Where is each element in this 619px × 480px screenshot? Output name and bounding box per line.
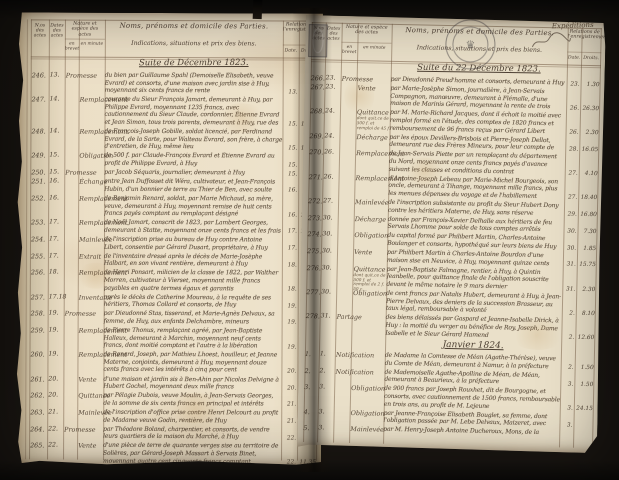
entry-rday: 31.	[563, 262, 576, 268]
header-numbers: N.os des actes	[31, 23, 49, 39]
entry-num: 267.	[310, 83, 323, 91]
entry-text: de Madame la Comtesse de Méan (Agathe-Th…	[385, 352, 561, 371]
entry-num: 248.	[31, 128, 47, 136]
header-indications: Indications, situations et prix des bien…	[105, 41, 283, 49]
left-column-headers: N.os des actes Dates des actes Nature et…	[31, 20, 319, 59]
entry-note: dont quit.ce de 500 f. et remploi de 45 …	[357, 116, 391, 131]
header-relation-droits: Droits.	[581, 56, 601, 62]
entry-num: 257.	[31, 293, 47, 301]
entry-day: 19.	[49, 326, 63, 333]
entry-num: 277.	[306, 288, 319, 296]
register-entry: 253.17.Remplacementde Noël Jamart, consc…	[30, 219, 318, 235]
entry-day: 31.	[321, 313, 335, 320]
entry-acte: Décharge	[355, 215, 387, 224]
entry-num: 268.	[310, 107, 323, 115]
entry-rday: 19.	[282, 303, 297, 309]
entry-rday: 15.	[282, 121, 297, 127]
header-sub-minute: en minute	[79, 43, 105, 48]
entry-droit: 11.35	[297, 460, 316, 464]
entry-rday: 29.	[564, 212, 577, 218]
left-section-title: Suite de Décembre 1823.	[105, 58, 283, 68]
register-entry: 255.17.Extraitde l'inventaire dressé apr…	[30, 252, 318, 268]
entry-text: du capital formé par Philibert Martin, C…	[387, 232, 563, 251]
entry-text: de Noël Jamart, conscrit de 1823, par La…	[104, 219, 282, 235]
entry-day: 20.	[48, 375, 62, 382]
register-entry: 248.14.Remplacementde François-Joseph Go…	[30, 128, 318, 152]
entry-day: 17.	[49, 252, 63, 259]
entry-droit: 26.30	[580, 106, 599, 112]
entry-day: 26.	[324, 149, 338, 156]
entry-rday: 19.	[282, 320, 297, 326]
register-entry: 263.21.Mainlevéede l'inscription d'offic…	[29, 408, 317, 424]
entry-text: par Jacob Séquaris, journalier, demeuran…	[104, 169, 282, 177]
header-parties: Noms, prénoms et domicile des Parties.	[105, 23, 283, 32]
entry-text: des biens délaissés par Gaspard et Jeann…	[385, 314, 561, 340]
entry-num: 1.	[305, 350, 318, 358]
entry-num: 253.	[31, 219, 47, 227]
entry-day: 20.	[48, 392, 62, 399]
header-dates: Dates des actes	[49, 23, 65, 38]
entry-num: 4.	[304, 408, 317, 416]
entry-text: donnée par François-Xavier Delhalle aux …	[388, 215, 564, 234]
entry-brevet: Partage	[337, 313, 362, 322]
entry-rday: 22.	[281, 435, 296, 441]
entry-rday: 30.	[563, 245, 576, 251]
entry-day: 24.	[324, 132, 338, 139]
entry-num: 256.	[31, 269, 47, 277]
entry-text: de l'inventaire dressé après le décès de…	[104, 252, 282, 268]
entry-acte: Vente	[78, 375, 96, 383]
binding-tie	[253, 0, 263, 19]
entry-num: 264.	[30, 425, 46, 433]
entry-acte: Décharge	[356, 133, 388, 142]
entry-droit: 24.15	[574, 406, 593, 412]
entry-rday: 15.	[282, 162, 297, 168]
entry-rday: 21.	[281, 419, 296, 425]
register-entry: 265.22.Vented'une pièce de terre de quar…	[29, 442, 317, 464]
entry-text: d'une maison et jardin sis à Ben-Ahin pa…	[103, 375, 281, 391]
header-nature: Nature et espèce des actes	[342, 25, 392, 37]
entry-text: de François-Joseph Gobille, soldat licen…	[104, 128, 282, 152]
entry-day: 30.	[323, 214, 337, 221]
entry-text: après le décès de Catherine Moureau, à l…	[104, 293, 282, 309]
entry-num: 252.	[31, 194, 47, 202]
register-entry: 262.20.Quittancepar Pélagie Dubois, veuv…	[29, 392, 317, 408]
entry-droit: 4.10	[579, 171, 598, 177]
header-sub-brevet: en brevet	[65, 43, 79, 53]
left-page: N.os des actes Dates des actes Nature et…	[15, 12, 323, 465]
entry-rday: 22.	[281, 460, 296, 464]
revenue-stamp-icon	[308, 24, 328, 57]
entry-num: 269.	[309, 132, 322, 140]
entry-text: de 900 francs par Joseph Rouxhet, dit de…	[384, 385, 560, 411]
scanned-register-photo: N.os des actes Dates des actes Nature et…	[0, 0, 619, 480]
entry-acte: Vente	[354, 248, 372, 256]
register-entry: 252.16.Remplacementde Benjamin Renard, s…	[30, 194, 318, 218]
entry-num: 265.	[30, 442, 46, 450]
entry-rday: 3.	[559, 422, 572, 428]
entry-rday: 16.	[282, 212, 297, 218]
entry-brevet: Notification	[335, 367, 373, 376]
entry-rday: 15.	[282, 145, 297, 151]
entry-day: 3.	[319, 408, 333, 415]
entry-acte: Obligation	[351, 385, 385, 394]
entry-num: 262.	[30, 392, 46, 400]
entry-day: 15.	[49, 152, 63, 159]
register-entry: 258.19.Promessepar Dieudonné Stas, tisse…	[30, 310, 318, 326]
month-heading: Janvier 1824.	[385, 339, 561, 353]
register-entry: 260.19.Remplacementde Renard, Joseph, pa…	[29, 351, 317, 375]
entry-num: 3.	[304, 384, 317, 392]
entry-rday: 30.	[563, 228, 576, 234]
header-nature: Nature et espèce des actes	[65, 22, 105, 38]
entry-num: 2.	[304, 367, 317, 375]
entry-rday: 13.	[283, 89, 298, 95]
entry-day: 16.	[49, 178, 63, 185]
header-sub-minute: en minute	[357, 46, 391, 52]
entry-acte: Extrait	[79, 252, 101, 260]
register-entry: 250.15.Promessepar Jacob Séquaris, journ…	[30, 169, 318, 178]
entry-droit: 12.60	[575, 335, 594, 341]
entry-rday: 17.	[282, 246, 297, 252]
entry-day: 27.	[323, 197, 337, 204]
entry-rday: 2.	[562, 310, 575, 316]
entry-text: par Pélagie Dubois, veuve Moulin, à Jean…	[103, 392, 281, 408]
header-dates: Dates des actes	[325, 26, 341, 42]
entry-rday: 18.	[282, 287, 297, 293]
entry-text: de l'inscription subsistante au profit d…	[388, 199, 564, 218]
entry-num: 246.	[32, 71, 48, 79]
entry-day: 23.	[325, 84, 339, 91]
rule-line	[25, 19, 28, 459]
entry-droit: 1.50	[574, 382, 593, 388]
entry-num: 247.	[32, 96, 48, 104]
entry-day: 21.	[48, 408, 62, 415]
entry-droit: 7.30	[577, 229, 596, 235]
entry-brevet: Notification	[336, 351, 374, 360]
entry-text: de Benjamin Renard, soldat, par Marie Mi…	[104, 195, 282, 219]
entry-text: de Renard, Joseph, par Mathieu Lhoest, h…	[103, 351, 281, 375]
entry-rday: 15.	[282, 171, 297, 177]
entry-day: 1.	[320, 350, 334, 357]
entry-num: 275.	[307, 247, 320, 255]
entry-num: 258.	[31, 310, 47, 318]
entry-num: 274.	[307, 230, 320, 238]
register-entry: 249.15.Obligationde 500 f. par Claude-Fr…	[30, 152, 318, 168]
entry-day: 3.	[319, 384, 333, 391]
register-entry: 259.19.Remplacementde Pierre Thonus, rem…	[30, 326, 318, 350]
entry-acte: Obligation	[354, 231, 388, 240]
entry-text: par M. Henry-Joseph Antoine Ducheroux, M…	[383, 426, 559, 437]
entry-acte: Échange	[79, 178, 107, 186]
entry-rday: 27.	[564, 195, 577, 201]
header-relation-date: Date.	[567, 55, 581, 60]
register-entry: 246.13.Promessedu bien par Guillaume Spa…	[31, 71, 319, 95]
entry-num: 272.	[308, 197, 321, 205]
entry-rday: 21.	[281, 402, 296, 408]
entry-rday: 17.	[282, 229, 297, 235]
header-relation-date: Date.	[283, 48, 299, 53]
register-entry: 278.31.Partagedes biens délaissés par Ga…	[305, 312, 595, 341]
entry-num: 255.	[31, 252, 47, 260]
entry-text: de 500 f. par Claude-François Evrard et …	[104, 152, 282, 168]
entry-text: d'Antoine-Joseph Lebeau par Marie-Michel…	[388, 174, 564, 200]
register-entry: 261.20.Vented'une maison et jardin sis à…	[29, 375, 317, 391]
entry-text: par Dieudonné Stas, tisserand, et Marie-…	[104, 310, 282, 326]
entry-day: 16.	[49, 194, 63, 201]
entry-brevet: Promesse	[65, 310, 96, 318]
entry-num: 271.	[309, 173, 322, 181]
entry-acte: Mainlevée	[350, 425, 384, 434]
entry-rday: 28.	[565, 146, 578, 152]
entry-rday: 26.	[566, 130, 579, 136]
entry-day: 30.	[321, 288, 335, 295]
entry-acte: Vente	[357, 84, 375, 92]
entry-droit: 2.30	[576, 286, 595, 292]
entry-text: par Jean-Baptiste Falmagne, rentier, à H…	[386, 265, 562, 291]
entry-rday: 31.	[562, 286, 575, 292]
entry-droit: 1.30	[581, 81, 600, 87]
entry-day: 13.	[50, 71, 64, 78]
entry-text: par les époux Devillers-Brisbois et Pier…	[389, 133, 565, 152]
entry-brevet: Promesse	[66, 72, 97, 80]
entry-rday: 3.	[560, 381, 573, 387]
entry-text: entre Jean Duffosset dit Wéra, cultivate…	[104, 178, 282, 194]
entry-rday: 3.	[560, 406, 573, 412]
entry-text: du bien par Guillaume Spahl (Demoiselle …	[105, 72, 283, 96]
entry-text: par Philibert Martin à Charles-Antoine B…	[387, 249, 563, 268]
entry-acte: Mainlevée	[355, 198, 389, 207]
entry-num: 5.	[303, 425, 316, 433]
entry-text: d'une pièce de terre de quarante verges …	[103, 442, 281, 464]
header-sub-brevet: en brevet	[341, 46, 357, 56]
entry-num: 260.	[30, 351, 46, 359]
entry-rday: 26.	[566, 105, 579, 111]
entry-brevet: Promesse	[64, 425, 95, 433]
entry-day: 3.	[318, 425, 332, 432]
entry-day: 22.	[48, 442, 62, 449]
entry-day: 23.	[326, 74, 340, 81]
entry-day: 14.	[50, 96, 64, 103]
entry-brevet: Promesse	[65, 169, 96, 177]
entry-text: de Pierre Thonus, remplaçant agréé, par …	[104, 327, 282, 351]
entry-rday: 27.	[565, 171, 578, 177]
entry-text: de cent francs par Natalis Hubert, demeu…	[386, 290, 562, 316]
entry-num: 270.	[309, 148, 322, 156]
entry-text: par M. Marie-Richard Jacques, dont il éc…	[390, 109, 566, 135]
entry-text: de Mademoiselle Agathe-Apolline de Méan,…	[384, 369, 560, 388]
entry-text: par Marie-Josèphe Simon, journalière, à …	[390, 85, 566, 111]
entry-num: 263.	[30, 408, 46, 416]
entry-text: de l'inscription prise au bureau de Huy …	[104, 236, 282, 252]
entry-day: 22.	[48, 425, 62, 432]
entry-rday: 23.	[567, 81, 580, 87]
entry-droit: 1.50	[575, 365, 594, 371]
entry-num: 273.	[308, 214, 321, 222]
entry-rday: 20.	[281, 369, 296, 375]
entry-acte: Quittancedont quit.ce de 500 f. et rempl…	[357, 108, 391, 131]
entry-day: 2.	[319, 367, 333, 374]
entry-droit: 2.30	[580, 130, 599, 136]
entry-droit: 15.75	[577, 262, 596, 268]
entry-day: 18.	[49, 269, 63, 276]
entry-droit: 16.80	[578, 212, 597, 218]
entry-num: 251.	[31, 178, 47, 186]
entry-day: 17.18	[49, 293, 63, 300]
entry-rday: 2.	[561, 365, 574, 371]
right-page: N.os des actes Dates des actes Nature et…	[297, 15, 606, 453]
entry-droit: 18.40	[578, 195, 597, 201]
entry-text: de Henri Ponsart, milicien de la classe …	[104, 269, 282, 293]
entry-day: 30.	[322, 231, 336, 238]
entry-day: 17.	[49, 219, 63, 226]
entry-day: 17.	[49, 235, 63, 242]
entry-brevet: Promesse	[342, 75, 374, 84]
entry-rday: 16.	[282, 188, 297, 194]
entry-num: 266.	[311, 74, 324, 82]
entry-droit: 1.85	[577, 245, 596, 251]
stamp-crown-icon: ♛	[465, 38, 475, 51]
left-entries: 246.13.Promessedu bien par Guillaume Spa…	[29, 71, 319, 463]
register-entry: 254.17.Mainlevéede l'inscription prise a…	[30, 235, 318, 251]
entry-acte: Obligation	[351, 409, 385, 418]
entry-text: de Jean-Servais Piette par un remplaçant…	[389, 150, 565, 176]
entry-day: 15.	[49, 169, 63, 176]
entry-day: 19.	[48, 351, 62, 358]
register-entry: 247.14.Remplacementcourante du Sieur Fra…	[30, 96, 318, 128]
register-entry: 251.16.Échangeentre Jean Duffosset dit W…	[30, 178, 318, 194]
entry-day: 30.	[322, 264, 336, 271]
entry-day: 30.	[322, 247, 336, 254]
register-entry: 257.17.18Inventaireaprès le décès de Cat…	[30, 293, 318, 309]
entry-rday: 18.	[282, 262, 297, 268]
entry-day: 24.	[325, 108, 339, 115]
entry-acte: Vente	[78, 442, 96, 450]
entry-num: 250.	[31, 169, 47, 177]
header-relations: Relations de l'enregistrement	[568, 29, 602, 40]
entry-day: 14.	[49, 128, 63, 135]
entry-text: par Théodore Boland, charpentier, et con…	[103, 425, 281, 441]
entry-rday: 19.	[282, 344, 297, 350]
entry-num: 254.	[31, 235, 47, 243]
entry-droit: 16.05	[579, 147, 598, 153]
entry-rday: 20.	[281, 385, 296, 391]
entry-num: 261.	[30, 375, 46, 383]
register-entry: 256.18.Remplacementde Henri Ponsart, mil…	[30, 269, 318, 293]
entry-text: par Jeanne-Françoise Élisabeth Bouglet, …	[383, 409, 559, 428]
entry-text: de l'inscription d'office prise contre H…	[103, 409, 281, 425]
entry-num: 278.	[306, 312, 319, 320]
right-entries: 266.23.Promessepar Dieudonné Preud'homme…	[303, 74, 601, 451]
entry-rday: 2.	[561, 335, 574, 341]
entry-droit: 8.10	[576, 311, 595, 317]
entry-day: 26.	[324, 173, 338, 180]
margin-annotation: Expéditions	[552, 21, 594, 30]
register-entry: 264.22.Promessepar Théodore Boland, char…	[29, 425, 317, 441]
entry-num: 259.	[31, 326, 47, 334]
entry-text: courante du Sieur François Jamart, demeu…	[104, 96, 282, 127]
entry-acte: Obligation	[353, 289, 387, 298]
entry-num: 276.	[307, 264, 320, 272]
entry-day: 19.	[49, 310, 63, 317]
entry-num: 249.	[31, 152, 47, 160]
